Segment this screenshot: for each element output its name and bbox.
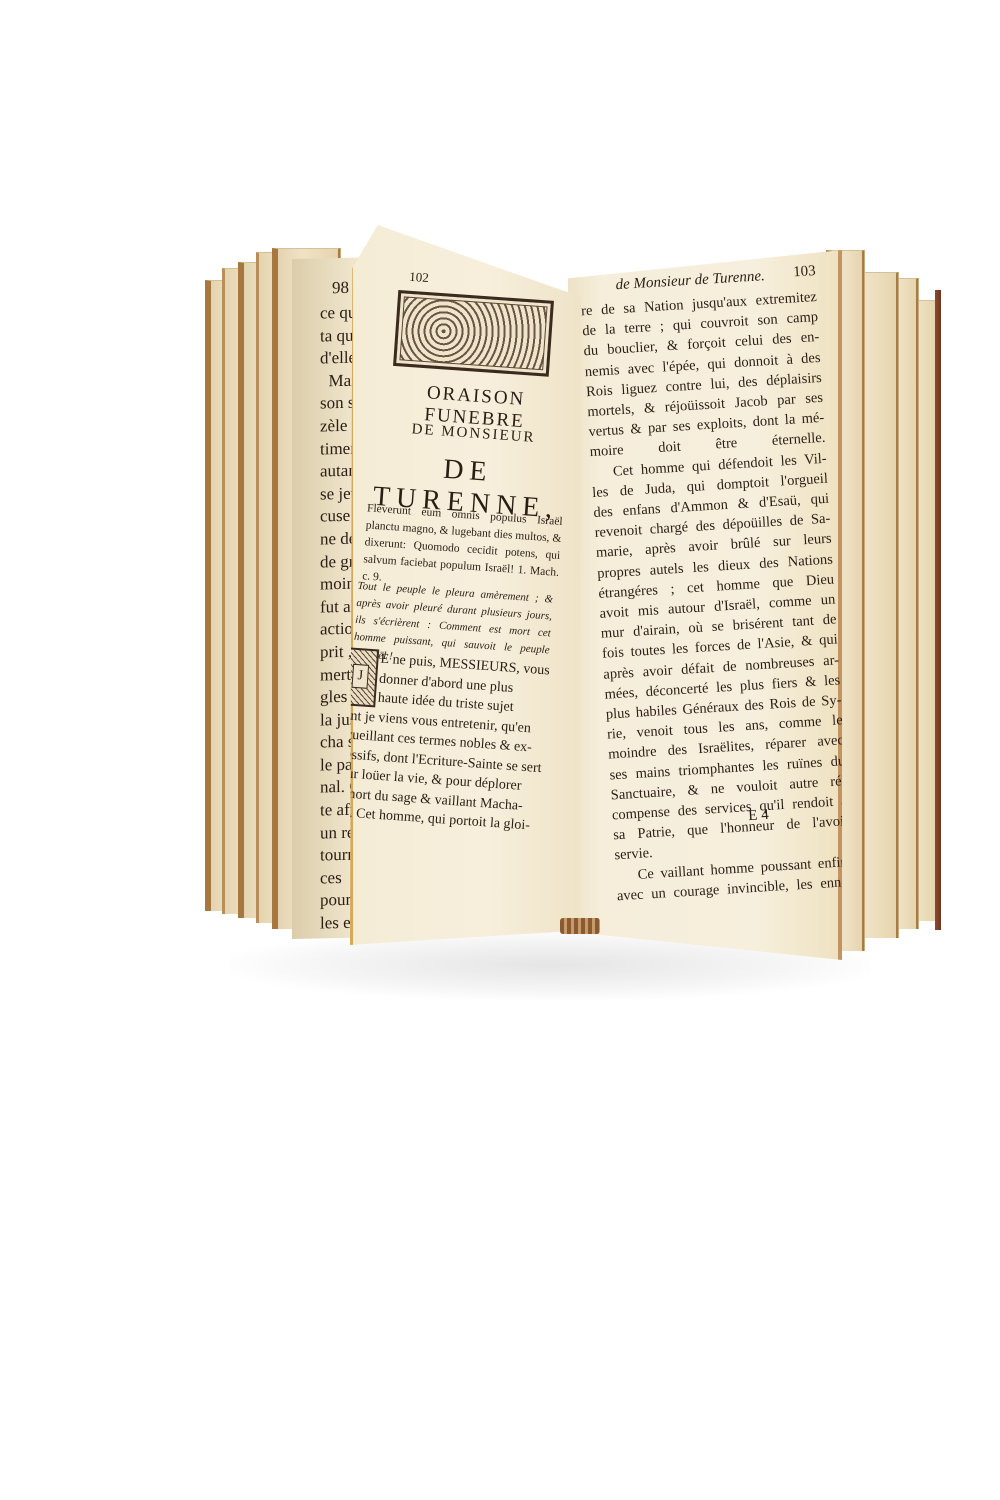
page-number: 102 [409,269,430,286]
signature-mark: E 4 [748,807,769,825]
leather-cover-edge [935,290,941,930]
spine-binding [560,918,600,934]
page-102: 102 ORAISON FUNEBRE DE MONSIEUR DE TUREN… [350,225,581,945]
page-number: 98 [332,278,349,298]
running-head: de Monsieur de Turenne. [615,268,765,294]
page-103: de Monsieur de Turenne. 103 re de sa Nat… [568,250,842,960]
page-number: 103 [793,263,816,281]
book-photo: 98 ce qui peta que cd'elle. Mais lson se… [0,0,1000,1500]
page-text: re de sa Nation jusqu'aux extremitezde l… [581,287,854,906]
woodcut-ornament-icon [393,290,554,377]
page-text: E ne puis, MESSIEURS, vousdonner d'abord… [329,647,553,837]
